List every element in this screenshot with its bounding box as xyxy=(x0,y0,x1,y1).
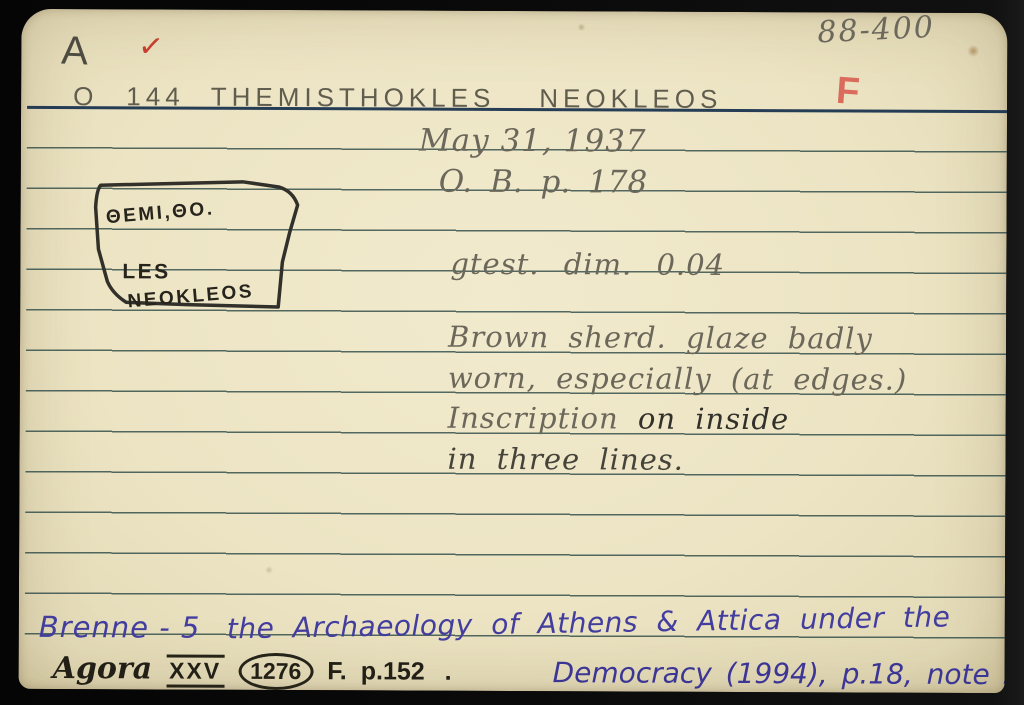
description-line-1: Brown sherd. glaze badly xyxy=(448,317,1008,360)
index-card: A ✓ 88-400 O 144 THEMISTHOKLES NEOKLEOS … xyxy=(19,9,1008,693)
agora-page: p.152 xyxy=(361,657,425,686)
bibliography-brenne-author: Brenne - 5 xyxy=(39,610,201,645)
description-line-3: Inscription on inside xyxy=(448,398,1008,441)
bibliography-brenne-title: the Archaeology of Athens & Attica under… xyxy=(227,600,951,645)
date-line: May 31, 1937 xyxy=(419,123,647,160)
dimension-note: gtest. dim. 0.04 xyxy=(450,247,725,282)
description-paragraph: Brown sherd. glaze badly worn, especiall… xyxy=(447,317,1007,481)
agora-volume: XXV xyxy=(166,654,224,687)
description-line-3-emphasis: on inside xyxy=(638,402,789,437)
series-letter: A xyxy=(60,29,88,75)
notebook-reference: O. B. p. 178 xyxy=(439,164,648,201)
inventory-prefix: O xyxy=(73,81,98,112)
description-line-3-start: Inscription xyxy=(448,401,638,436)
description-line-2: worn, especially (at edges.) xyxy=(448,357,1008,400)
agora-suffix: F. xyxy=(327,657,347,686)
inscription-line-1: ΘEMI,ΘO. xyxy=(105,198,215,228)
agora-period: . xyxy=(445,658,452,687)
bibliography-brenne-continuation: Democracy (1994), p.18, note 38. xyxy=(553,656,1008,691)
red-letter-f: F xyxy=(835,70,861,115)
description-line-4: in three lines. xyxy=(447,438,1007,481)
name-themisthokles: THEMISTHOKLES xyxy=(211,82,496,114)
name-neokleos: NEOKLEOS xyxy=(539,83,722,115)
sherd-sketch: ΘEMI,ΘO. LES NEOKLEOS xyxy=(92,177,305,318)
negative-number: 88-400 xyxy=(817,10,936,51)
agora-catalog-number: 1276 xyxy=(238,653,313,690)
inventory-number: 144 xyxy=(126,81,185,112)
bibliography-agora-reference: Agora XXV 1276 F. p.152 . xyxy=(53,651,452,691)
inscription-line-2: LES xyxy=(122,260,170,283)
inventory-title-line: O 144 THEMISTHOKLES NEOKLEOS xyxy=(73,81,722,115)
agora-series-name: Agora xyxy=(53,651,153,686)
red-checkmark: ✓ xyxy=(136,28,165,66)
